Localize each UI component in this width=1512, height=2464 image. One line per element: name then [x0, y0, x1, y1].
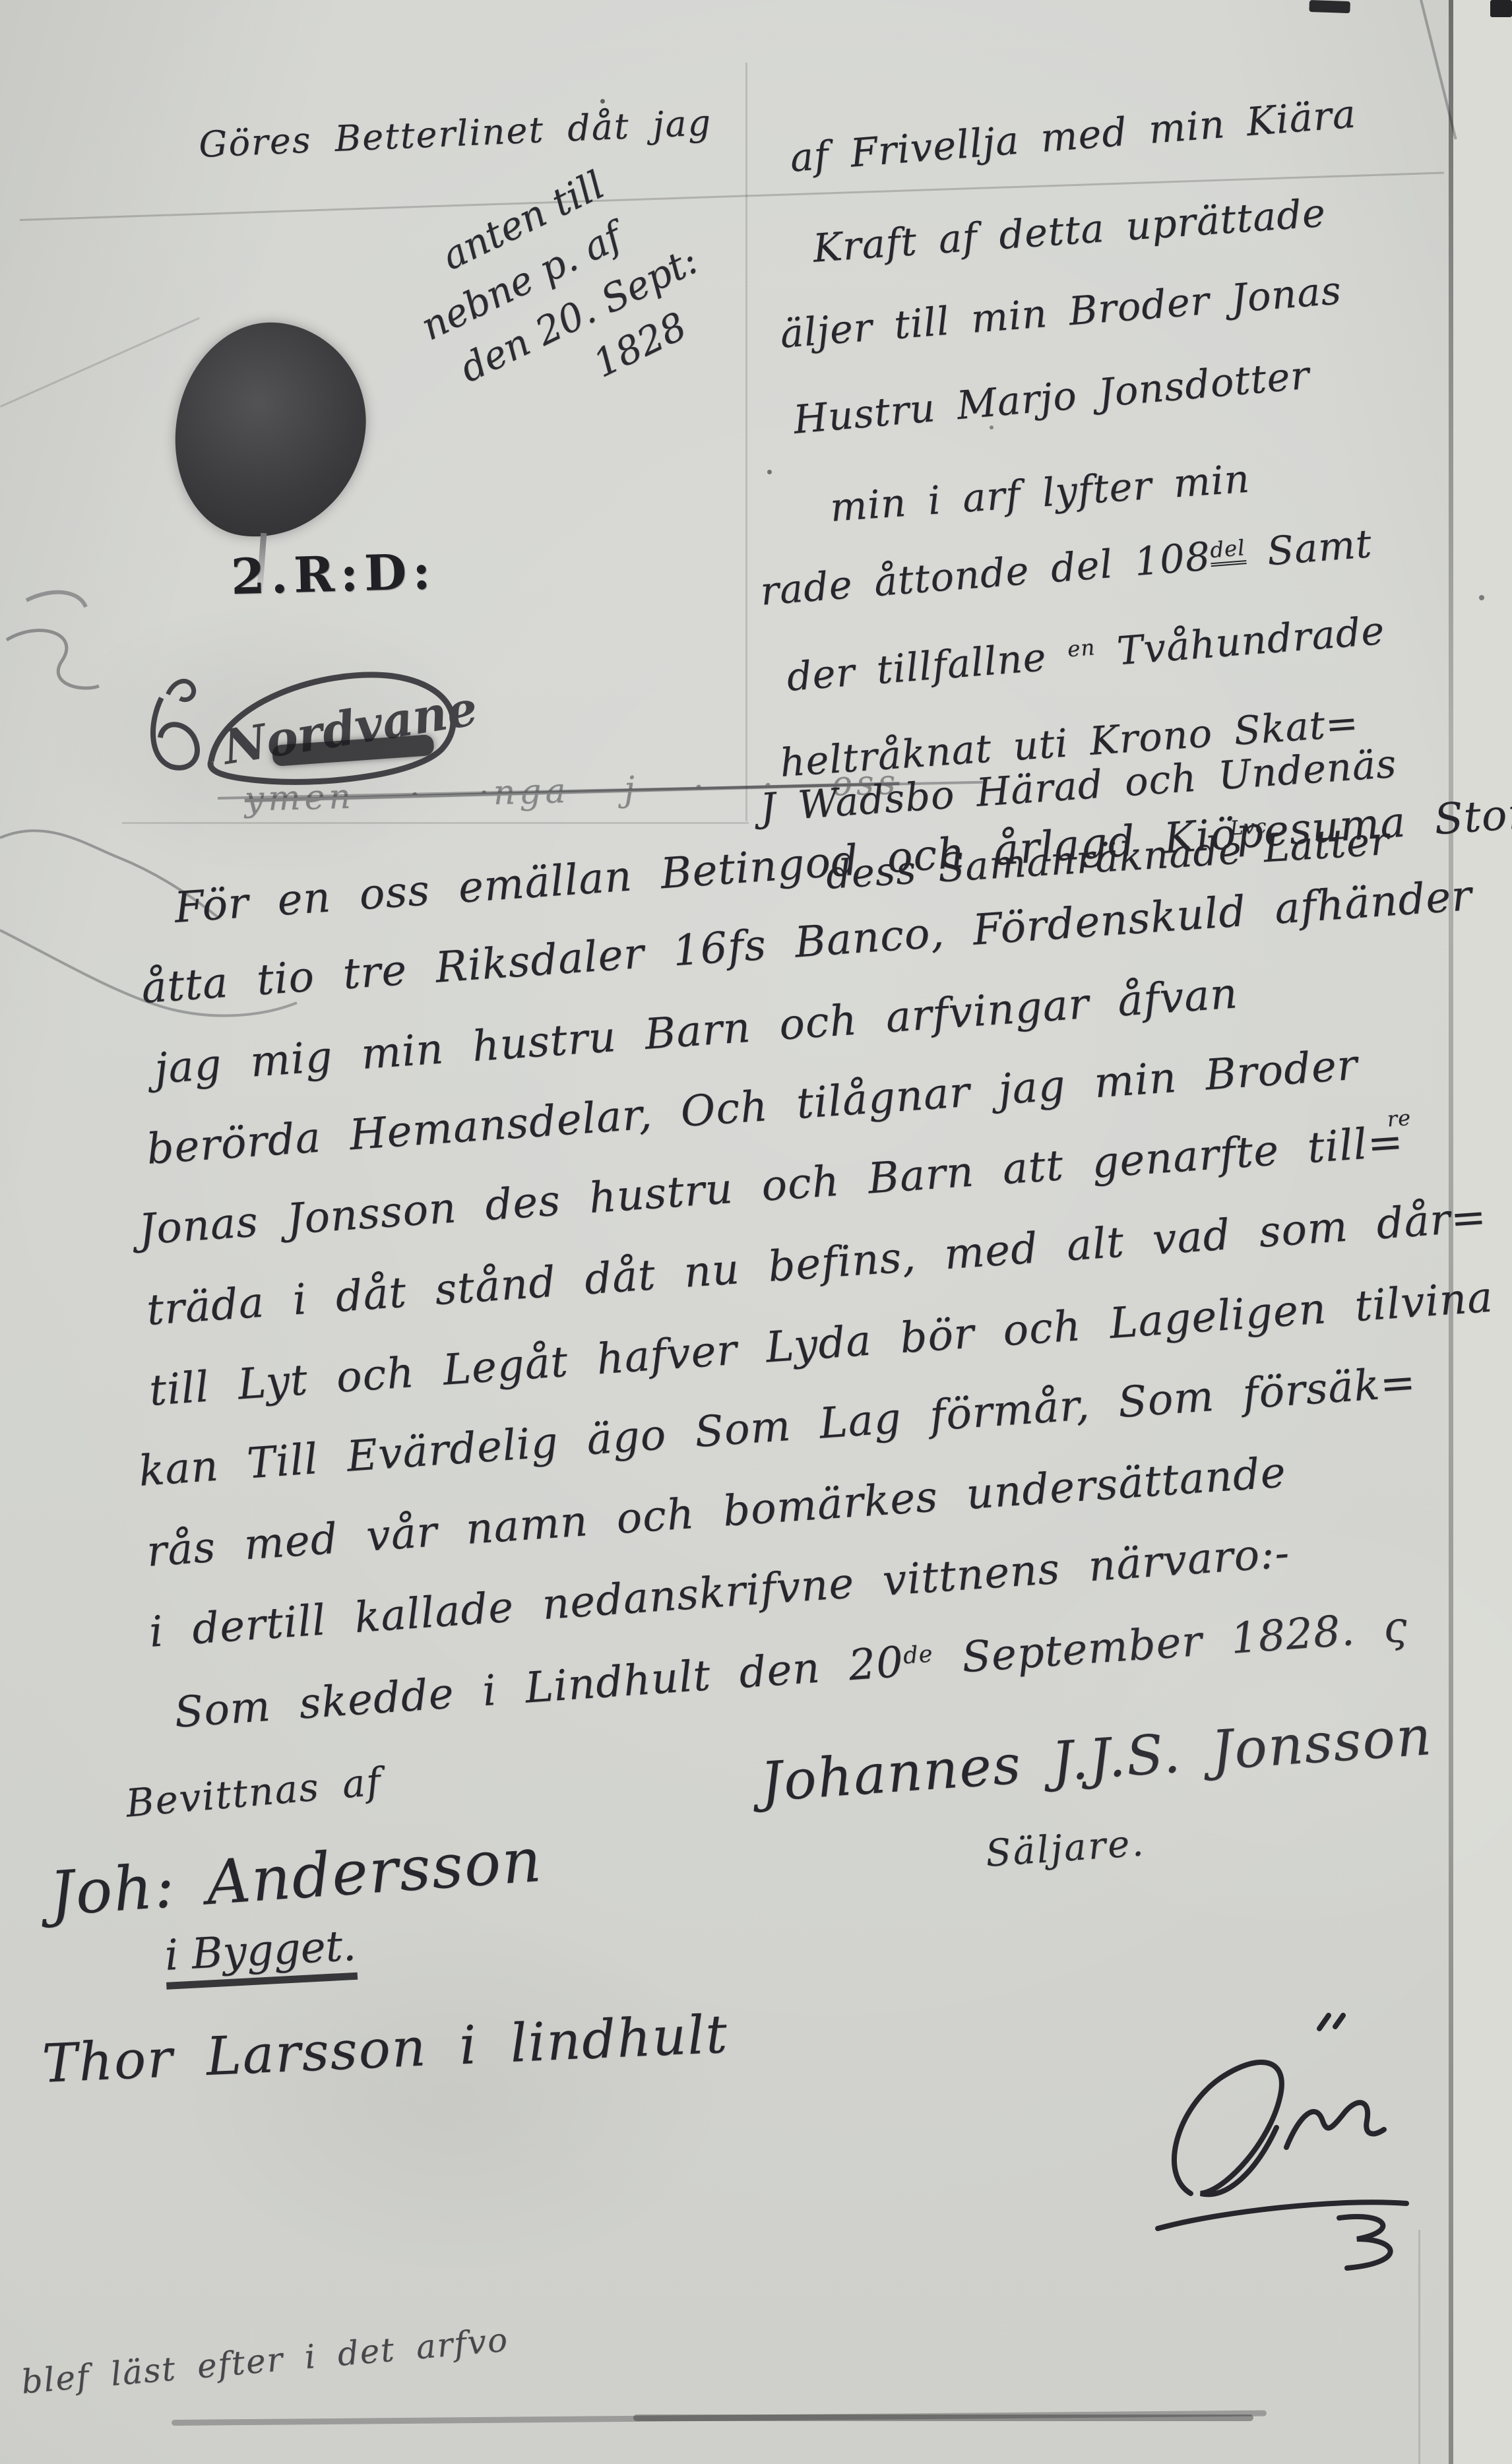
slip-edge-line — [745, 63, 747, 821]
ink-dot — [767, 470, 772, 474]
superscript-note: del — [1209, 535, 1247, 567]
footer-smear — [172, 2411, 1267, 2426]
wax-seal — [164, 312, 377, 549]
document-page: anten till nebne p. af den 20. Sept: 182… — [0, 0, 1512, 2464]
superscript-note: en — [1067, 635, 1096, 662]
superscript-note: de — [902, 1640, 934, 1669]
stamp-text: Nordvane — [218, 679, 481, 775]
stamp-ornament — [151, 696, 198, 769]
corner-ink-mark — [1490, 0, 1512, 17]
value-stamp-text: 2.R:D: — [230, 544, 437, 606]
footer-smear — [633, 2415, 1253, 2421]
corner-ink-mark — [1309, 0, 1350, 13]
text-segment: der tillfallne — [785, 632, 1069, 699]
text-line: af Frivellja med min Kiära — [788, 90, 1358, 180]
ink-dot — [1479, 595, 1484, 600]
superscript-note: re — [1386, 1105, 1412, 1131]
text-segment: September 1828. ς — [931, 1602, 1409, 1684]
text-line: der tillfallne en Tvåhundrade — [785, 608, 1387, 700]
text-line: Hustru Marjo Jonsdotter — [792, 352, 1311, 443]
text-line: äljer till min Broder Jonas — [778, 267, 1343, 357]
signature-flourish — [1121, 1992, 1438, 2283]
ink-dot — [990, 426, 993, 429]
stamp-ornament — [168, 681, 195, 701]
text-segment: Samt — [1244, 521, 1373, 576]
seller-signature: Johannes J.J.S. Jonsson — [759, 1705, 1434, 1814]
text-line: min i arf lyfter min — [829, 456, 1251, 530]
witness-place: i Bygget. — [164, 1922, 358, 1990]
ink-dot — [600, 99, 605, 104]
text-segment: Tvåhundrade — [1094, 608, 1387, 676]
registration-date-note: anten till nebne p. af den 20. Sept: 182… — [362, 135, 731, 464]
text-segment: rade åttonde del 108 — [759, 533, 1213, 614]
underlined-place: i Bygget. — [164, 1922, 358, 1990]
text-line: Kraft af detta uprättade — [811, 190, 1327, 271]
seller-role: Säljare. — [984, 1821, 1147, 1876]
text-line: rade åttonde del 108del Samt — [759, 521, 1373, 614]
fold-line — [0, 317, 200, 408]
corner-fold-line — [1420, 0, 1457, 140]
